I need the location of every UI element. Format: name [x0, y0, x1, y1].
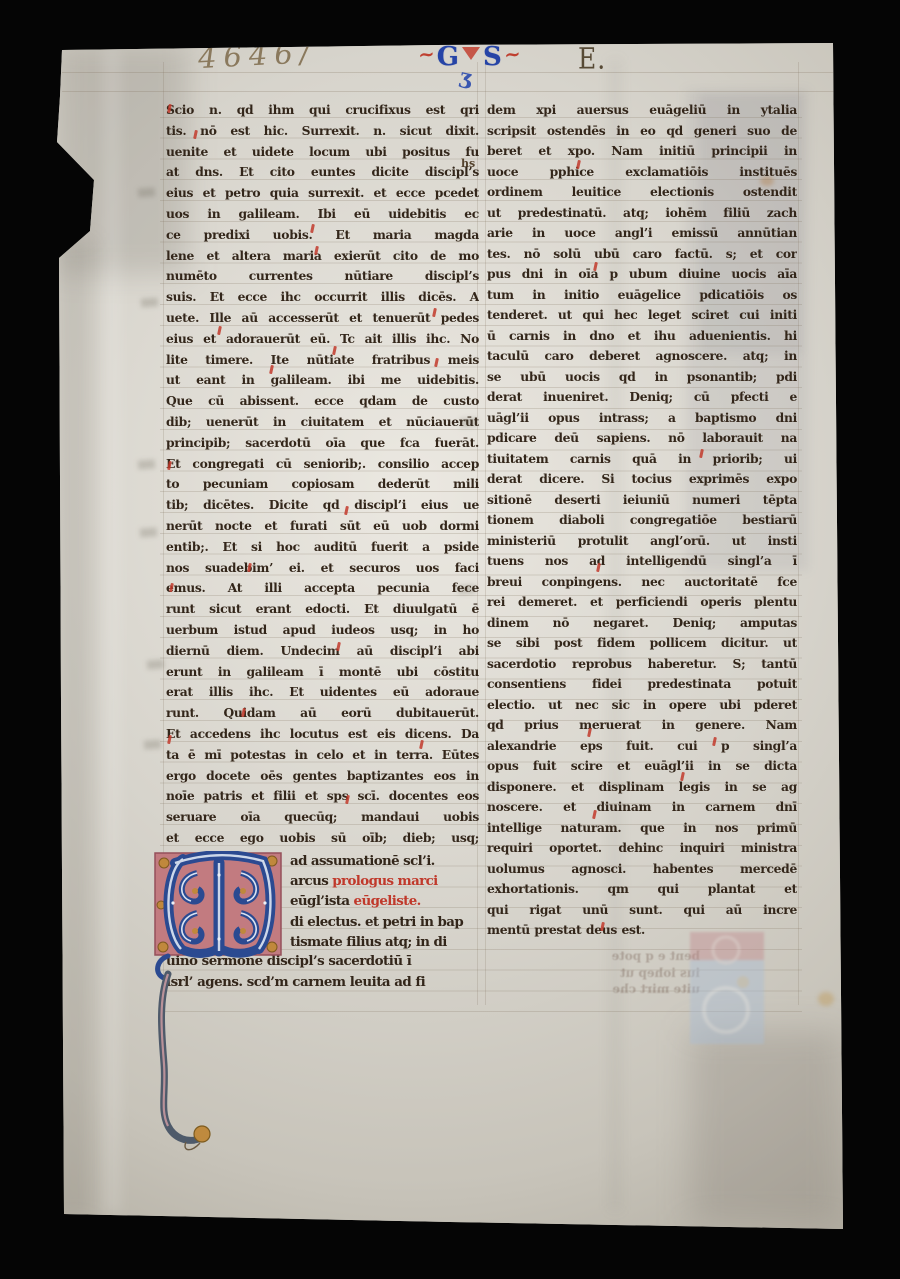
- text-line: eius et adorauerūt eū. Tc ait illis ihc.…: [166, 329, 479, 350]
- text-line: uāgl’ii opus intrass; a baptismo dni: [487, 408, 797, 429]
- incipit-text: ad assumationē scl’i.: [290, 853, 435, 869]
- text-line: nerūt nocte et furati sūt eū uob dormi: [166, 516, 479, 537]
- text-line: ut eant in galileam. ibi me uidebitis.: [166, 370, 479, 391]
- ink-offset-smudge: [458, 584, 476, 594]
- text-line: runt. Quidam aū eorū dubitauerūt.: [166, 703, 479, 724]
- text-line: opus fuit scire et euāgl’ii in se dicta: [487, 756, 797, 777]
- text-line: ad assumationē scl’i.: [290, 851, 482, 871]
- ink-offset-smudge: [141, 297, 159, 307]
- text-line: alexandrie eps fuit. cui p singl’a: [487, 736, 797, 757]
- red-triangle-ornament: [462, 47, 480, 60]
- text-line: taculū caro deberet agnoscere. atq; in: [487, 346, 797, 367]
- text-line: ordinem leuitice electionis ostendit: [487, 182, 797, 203]
- text-line: ut predestinatū. atq; iohēm filiū zach: [487, 203, 797, 224]
- text-line: tuens nos ad intelligendū singl’a ī: [487, 551, 797, 572]
- text-line: uolumus agnosci. habentes mercedē: [487, 859, 797, 880]
- text-line: breui conpingens. nec auctoritatē fce: [487, 572, 797, 593]
- text-line: uerbum istud apud iudeos usq; in ho: [166, 620, 479, 641]
- illuminated-initial-M: [153, 851, 283, 959]
- text-line: erunt in galileam ī montē ubi cōstitu: [166, 662, 479, 683]
- ink-offset-smudge: [460, 417, 478, 427]
- text-line: requiri oportet. dehinc inquiri ministra: [487, 838, 797, 859]
- manuscript-leaf: 4646/ ~ G S ~ ʒ E. hs Scio n. qd ihm qui…: [0, 0, 900, 1279]
- text-line: pdicare deū sapiens. nō laborauit na: [487, 428, 797, 449]
- corner-shadow: [690, 1030, 840, 1225]
- incipit-text: tismate filius atq; in di: [290, 934, 447, 950]
- text-line: sacerdotio reprobus haberetur. S; tantū: [487, 654, 797, 675]
- text-line: uenite et uidete locum ubi positus fu: [166, 142, 479, 163]
- text-line: pus dni in oīa p ubum diuine uocis aīa: [487, 264, 797, 285]
- header-rule: [62, 72, 834, 73]
- text-line: diernū diem. Undecim aū discipl’i abi: [166, 641, 479, 662]
- blue-ornament-letter: S: [483, 42, 502, 72]
- text-line: dib; uenerūt in ciuitatem et nūciauerūt: [166, 412, 479, 433]
- right-text-column: dem xpi auersus euāgeliū in ytaliascrips…: [487, 100, 797, 941]
- text-line: exhortationis. qm qui plantat et: [487, 879, 797, 900]
- text-line: ius iohep ut: [582, 965, 700, 982]
- ink-offset-smudge: [140, 527, 158, 537]
- text-line: bent e q pote: [582, 948, 700, 965]
- rubric-line: arcus prologus marci: [290, 871, 482, 891]
- ink-offset-smudge: [147, 659, 165, 669]
- text-line: seruare oīa quecūq; mandaui uobis: [166, 807, 479, 828]
- text-line: uite mirt che: [582, 981, 700, 998]
- text-line: se ubū uocis qd in psonantib; pdi: [487, 367, 797, 388]
- text-line: nos suadebim’ ei. et securos uos faci: [166, 558, 479, 579]
- foxing-spot: [818, 992, 834, 1006]
- ink-offset-smudge: [144, 739, 162, 749]
- text-line: et ecce ego uobis sū oīb; dieb; usq;: [166, 828, 479, 849]
- quire-mark: E.: [578, 42, 606, 75]
- text-line: erat illis ihc. Et uidentes eū adoraue: [166, 682, 479, 703]
- text-line: beret et xpo. Nam initiū principii in: [487, 141, 797, 162]
- text-line: tenderet. ut qui hec leget sciret cui in…: [487, 305, 797, 326]
- blue-ornament-letter: G: [437, 42, 459, 72]
- incipit-text: eūgl’ista: [290, 893, 354, 909]
- text-line: dem xpi auersus euāgeliū in ytalia: [487, 100, 797, 121]
- text-line: electio. ut nec sic in opere ubi pderet: [487, 695, 797, 716]
- text-line: ministeriū protulit angl’orū. ut insti: [487, 531, 797, 552]
- text-line: tiuitatem carnis quā in priorib; ui: [487, 449, 797, 470]
- text-line: emus. At illi accepta pecunia fece: [166, 578, 479, 599]
- rubric-line: eūgl’ista eūgeliste.: [290, 891, 482, 911]
- edge-shadow: [56, 240, 92, 1220]
- text-line: at dns. Et cito euntes dicite discipl’s: [166, 162, 479, 183]
- rubric-text: eūgeliste.: [354, 893, 421, 909]
- text-line: di electus. et petri in bap: [290, 912, 482, 932]
- showthrough-initial: [688, 930, 768, 1046]
- text-line: Que cū abissent. ecce qdam de custo: [166, 391, 479, 412]
- text-line: Et accedens ihc locutus est eis dicens. …: [166, 724, 479, 745]
- text-line: arie in uoce angl’i emissū annūtian: [487, 223, 797, 244]
- text-line: lene et altera maria exierūt cito de mo: [166, 246, 479, 267]
- text-line: eius et petro quia surrexit. et ecce pce…: [166, 183, 479, 204]
- text-line: Scio n. qd ihm qui crucifixus est qri: [166, 100, 479, 121]
- text-line: lite timere. Ite nūtiate fratribus meis: [166, 350, 479, 371]
- text-line: numēto currentes nūtiare discipl’s: [166, 266, 479, 287]
- rubric-text: prologus marci: [332, 873, 437, 889]
- text-line: tib; dicētes. Dicite qd discipl’i eius u…: [166, 495, 479, 516]
- text-line: rei demeret. et perficiendi operis plent…: [487, 592, 797, 613]
- text-line: dinem nō negaret. Deniq; amputas: [487, 613, 797, 634]
- text-line: suis. Et ecce ihc occurrit illis dicēs. …: [166, 287, 479, 308]
- text-line: noscere. et diuinam in carnem dnī: [487, 797, 797, 818]
- incipit-text: arcus: [290, 873, 332, 889]
- text-line: uos in galileam. Ibi eū uidebitis ec: [166, 204, 479, 225]
- red-flourish: ~: [417, 41, 436, 67]
- text-line: tismate filius atq; in di: [290, 932, 482, 952]
- text-line: consentiens fidei predestinata potuit: [487, 674, 797, 695]
- text-line: entib;. Et si hoc auditū fuerit a pside: [166, 537, 479, 558]
- initial-descender-flourish: [146, 952, 236, 1157]
- text-line: uoce pphice exclamatiōis instituēs: [487, 162, 797, 183]
- text-line: intellige naturam. que in nos primū: [487, 818, 797, 839]
- text-line: to pecuniam copiosam dederūt mili: [166, 474, 479, 495]
- text-line: disponere. et displinam legis in se ag: [487, 777, 797, 798]
- text-line: qd prius meruerat in genere. Nam: [487, 715, 797, 736]
- text-line: uete. Ille aū accesserūt et tenuerūt ped…: [166, 308, 479, 329]
- prologue-incipit-lines: ad assumationē scl’i.arcus prologus marc…: [290, 851, 482, 952]
- header-rule: [62, 91, 834, 92]
- photo-stage: 4646/ ~ G S ~ ʒ E. hs Scio n. qd ihm qui…: [0, 0, 900, 1279]
- vertical-rule: [485, 62, 486, 1005]
- text-line: ta ē mī potestas in celo et in terra. Eū…: [166, 745, 479, 766]
- text-line: noīe patris et filii et sps scī. docente…: [166, 786, 479, 807]
- folio-number-inscription: 4646/: [197, 35, 317, 75]
- text-line: se sibi post fidem pollicem dicitur. ut: [487, 633, 797, 654]
- text-line: derat inueniret. Deniq; cū pfecti e: [487, 387, 797, 408]
- text-line: runt sicut erant edocti. Et diuulgatū ē: [166, 599, 479, 620]
- text-line: qui rigat unū sunt. qui aū incre: [487, 900, 797, 921]
- ink-offset-smudge: [138, 459, 156, 469]
- text-line: ce predixi uobis. Et maria magda: [166, 225, 479, 246]
- text-line: derat dicere. Si tocius exprimēs expo: [487, 469, 797, 490]
- text-line: tum in initio euāgelice pdicatiōis os: [487, 285, 797, 306]
- text-line: scripsit ostendēs in eo qd generi suo de: [487, 121, 797, 142]
- red-flourish: ~: [503, 41, 522, 67]
- ink-offset-smudge: [138, 187, 156, 197]
- left-text-column: Scio n. qd ihm qui crucifixus est qritis…: [166, 100, 479, 849]
- text-line: tes. nō solū ubū caro factū. s; et cor: [487, 244, 797, 265]
- text-line: ū carnis in dno et ihu aduenientis. hi: [487, 326, 797, 347]
- vellum-crease: [104, 48, 120, 1213]
- incipit-text: di electus. et petri in bap: [290, 914, 463, 930]
- text-line: tionem diaboli congregatiōe bestiarū: [487, 510, 797, 531]
- text-line: ergo docete oēs gentes baptizantes eos i…: [166, 766, 479, 787]
- text-line: Et congregati cū seniorib;. consilio acc…: [166, 454, 479, 475]
- text-line: sitionē deserti ieiuniū numeri tēpta: [487, 490, 797, 511]
- text-line: tis. nō est hic. Surrexit. n. sicut dixi…: [166, 121, 479, 142]
- text-line: principib; sacerdotū oīa que fca fuerāt.: [166, 433, 479, 454]
- vertical-rule: [798, 62, 799, 1005]
- showthrough-text: bent e q poteius iohep utuite mirt che: [582, 948, 700, 998]
